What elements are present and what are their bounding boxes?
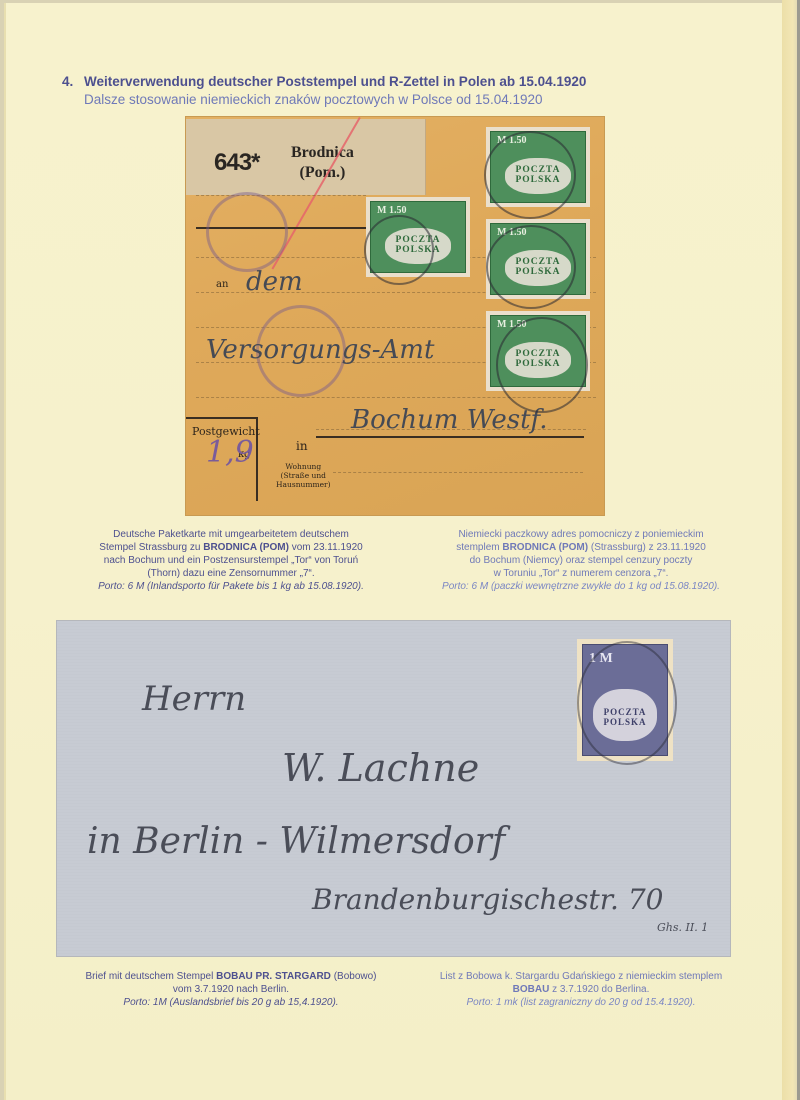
caption-line: vom 3.7.1920 nach Berlin. — [62, 983, 400, 996]
caption-line: do Bochum (Niemcy) oraz stempel cenzury … — [412, 554, 750, 567]
form-dotted-line — [196, 195, 366, 196]
form-in-label: in — [296, 439, 308, 453]
postmark — [364, 215, 434, 285]
caption-porto: Porto: 6 M (paczki wewnętrzne zwykłe do … — [412, 580, 750, 593]
caption-line: BOBAU z 3.7.1920 do Berlina. — [412, 983, 750, 996]
caption-text: Brief mit deutschem Stempel — [85, 971, 216, 982]
caption-text: (Bobowo) — [331, 971, 377, 982]
postmark — [577, 641, 677, 765]
registration-label: 643* Brodnica (Pom.) — [186, 119, 426, 195]
wohnung-line: (Straße und — [276, 471, 331, 480]
handwritten-city: in Berlin - Wilmersdorf — [87, 821, 505, 862]
caption-line: nach Bochum und ein Postzensurstempel „T… — [62, 554, 400, 567]
caption-letter-pl: List z Bobowa k. Stargardu Gdańskiego z … — [412, 970, 750, 1009]
registration-place: Brodnica (Pom.) — [291, 143, 354, 183]
parcel-card-image: 643* Brodnica (Pom.) an dem Versorgungs-… — [186, 117, 604, 515]
handwritten-weight: 1,9 — [206, 435, 254, 470]
wohnung-line: Wohnung — [276, 462, 331, 471]
caption-text: Stempel Strassburg zu — [99, 542, 203, 553]
wohnung-line: Hausnummer) — [276, 480, 331, 489]
violet-censor-circle — [206, 192, 288, 272]
caption-line: (Thorn) dazu eine Zensornummer „7“. — [62, 567, 400, 580]
caption-parcel-de: Deutsche Paketkarte mit umgearbeitetem d… — [62, 528, 400, 593]
handwritten-city: Bochum Westf. — [351, 405, 547, 435]
caption-bold: BOBAU PR. STARGARD — [216, 971, 331, 982]
postmark — [496, 317, 588, 413]
handwritten-recipient: Versorgungs-Amt — [206, 335, 434, 365]
caption-porto: Porto: 1 mk (list zagraniczny do 20 g od… — [412, 996, 750, 1009]
caption-line: Deutsche Paketkarte mit umgearbeitetem d… — [62, 528, 400, 541]
caption-parcel-pl: Niemiecki paczkowy adres pomocniczy z po… — [412, 528, 750, 593]
handwritten-note: Ghs. II. 1 — [657, 921, 708, 934]
handwritten-dem: dem — [246, 267, 303, 297]
handwritten-herrn: Herrn — [142, 679, 246, 719]
envelope-image: Herrn W. Lachne in Berlin - Wilmersdorf … — [57, 621, 730, 956]
caption-letter-de: Brief mit deutschem Stempel BOBAU PR. ST… — [62, 970, 400, 1009]
caption-porto: Porto: 6 M (Inlandsporto für Pakete bis … — [62, 580, 400, 593]
caption-porto: Porto: 1M (Auslandsbrief bis 20 g ab 15,… — [62, 996, 400, 1009]
caption-line: stemplem BRODNICA (POM) (Strassburg) z 2… — [412, 541, 750, 554]
handwritten-street: Brandenburgischestr. 70 — [312, 883, 663, 916]
caption-line: List z Bobowa k. Stargardu Gdańskiego z … — [412, 970, 750, 983]
caption-line: w Toruniu „Tor“ z numerem cenzora „7“. — [412, 567, 750, 580]
form-solid-line — [316, 436, 584, 438]
postmark — [486, 225, 576, 309]
caption-line: Niemiecki paczkowy adres pomocniczy z po… — [412, 528, 750, 541]
postmark — [484, 131, 576, 219]
caption-bold: BRODNICA (POM) — [502, 542, 588, 553]
caption-text: stemplem — [456, 542, 502, 553]
section-number: 4. — [62, 74, 73, 89]
caption-text: z 3.7.1920 do Berlina. — [549, 984, 649, 995]
registration-number: 643* — [214, 149, 259, 177]
section-title-pl: Dalsze stosowanie niemieckich znaków poc… — [84, 92, 543, 107]
form-an-label: an — [216, 279, 228, 290]
caption-bold: BRODNICA (POM) — [203, 542, 289, 553]
caption-bold: BOBAU — [513, 984, 550, 995]
section-title-de: Weiterverwendung deutscher Poststempel u… — [84, 74, 586, 89]
caption-line: Stempel Strassburg zu BRODNICA (POM) vom… — [62, 541, 400, 554]
handwritten-name: W. Lachne — [282, 746, 479, 790]
caption-text: vom 23.11.1920 — [289, 542, 363, 553]
form-wohnung-label: Wohnung (Straße und Hausnummer) — [276, 462, 331, 489]
caption-line: Brief mit deutschem Stempel BOBAU PR. ST… — [62, 970, 400, 983]
caption-text: (Strassburg) z 23.11.1920 — [588, 542, 706, 553]
form-dotted-line — [333, 472, 583, 473]
